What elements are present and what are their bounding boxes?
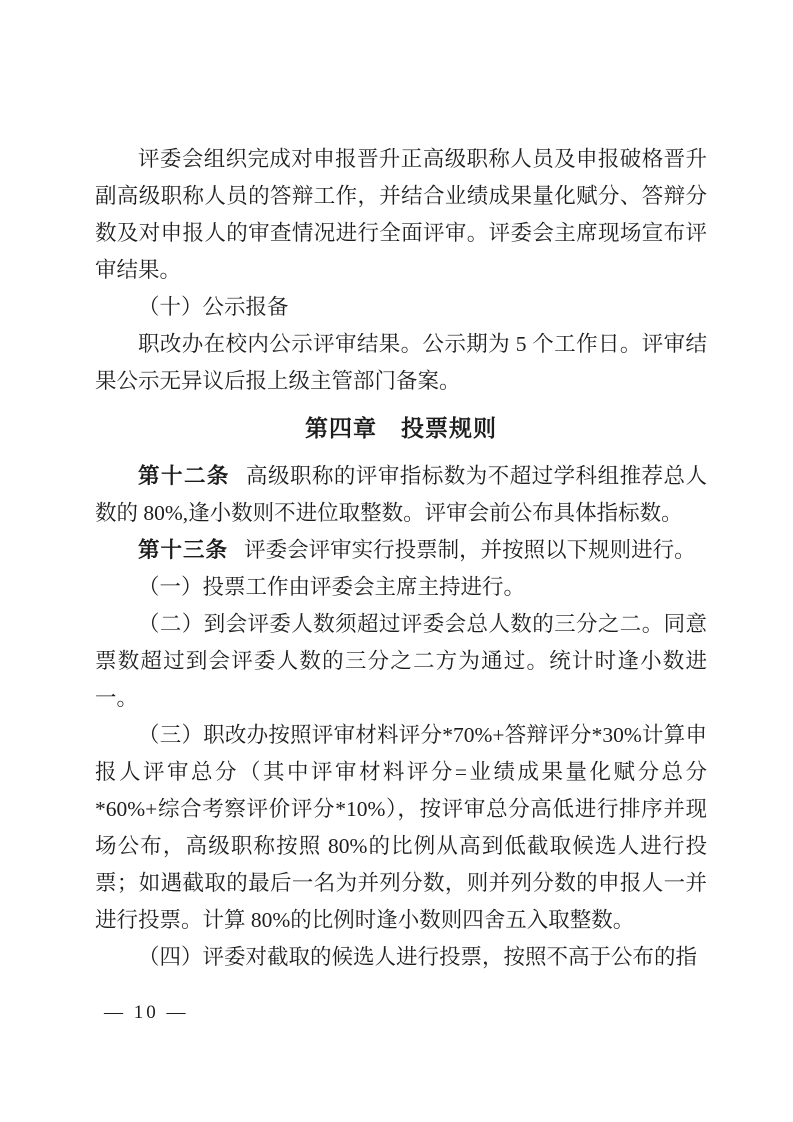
- article-number: 第十三条: [138, 538, 228, 562]
- document-body: 评委会组织完成对申报晋升正高级职称人员及申报破格晋升副高级职称人员的答辩工作，并…: [95, 141, 707, 976]
- body-paragraph: （二）到会评委人数须超过评委会总人数的三分之二。同意票数超过到会评委人数的三分之…: [95, 606, 707, 717]
- chapter-heading: 第四章 投票规则: [95, 410, 707, 447]
- body-paragraph: 职改办在校内公示评审结果。公示期为 5 个工作日。评审结果公示无异议后报上级主管…: [95, 326, 707, 400]
- document-page: 评委会组织完成对申报晋升正高级职称人员及申报破格晋升副高级职称人员的答辩工作，并…: [0, 0, 793, 1122]
- body-paragraph: （一）投票工作由评委会主席主持进行。: [95, 569, 707, 606]
- paragraph-text: （一）投票工作由评委会主席主持进行。: [138, 575, 525, 599]
- paragraph-text: （四）评委对截取的候选人进行投票，按照不高于公布的指: [138, 945, 697, 969]
- body-paragraph: （三）职改办按照评审材料评分*70%+答辩评分*30%计算申报人评审总分（其中评…: [95, 717, 707, 939]
- paragraph-text: 职改办在校内公示评审结果。公示期为 5 个工作日。评审结果公示无异议后报上级主管…: [95, 332, 707, 393]
- page-footer: — 10 —: [104, 1001, 189, 1025]
- paragraph-text: （三）职改办按照评审材料评分*70%+答辩评分*30%计算申报人评审总分（其中评…: [95, 723, 707, 932]
- page-number: — 10 —: [104, 1002, 189, 1023]
- paragraph-text: （十）公示报备: [138, 295, 289, 319]
- article-number: 第十二条: [138, 464, 230, 488]
- body-paragraph: 评委会组织完成对申报晋升正高级职称人员及申报破格晋升副高级职称人员的答辩工作，并…: [95, 141, 707, 289]
- paragraph-text: 评委会组织完成对申报晋升正高级职称人员及申报破格晋升副高级职称人员的答辩工作，并…: [95, 147, 707, 282]
- article-paragraph: 第十二条高级职称的评审指标数为不超过学科组推荐总人数的 80%,逢小数则不进位取…: [95, 458, 707, 532]
- paragraph-text: （二）到会评委人数须超过评委会总人数的三分之二。同意票数超过到会评委人数的三分之…: [95, 612, 707, 710]
- body-paragraph: （四）评委对截取的候选人进行投票，按照不高于公布的指: [95, 939, 707, 976]
- body-paragraph: （十）公示报备: [95, 289, 707, 326]
- article-paragraph: 第十三条评委会评审实行投票制，并按照以下规则进行。: [95, 532, 707, 569]
- paragraph-text: 评委会评审实行投票制，并按照以下规则进行。: [244, 538, 696, 562]
